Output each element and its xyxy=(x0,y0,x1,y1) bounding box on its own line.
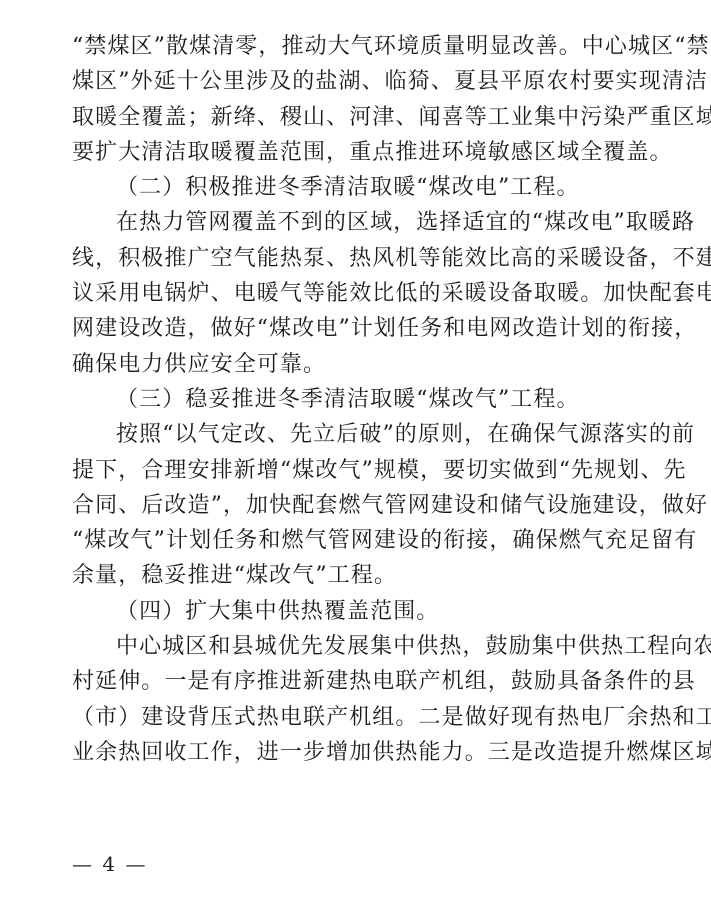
text-line: 余量，稳妥推进“煤改气”工程。 xyxy=(72,558,638,593)
text-line: “禁煤区”散煤清零，推动大气环境质量明显改善。中心城区“禁 xyxy=(72,29,638,64)
text-line: 线，积极推广空气能热泵、热风机等能效比高的采暖设备，不建 xyxy=(72,241,638,276)
text-line: 要扩大清洁取暖覆盖范围，重点推进环境敏感区域全覆盖。 xyxy=(72,135,638,170)
text-line: 煤区”外延十公里涉及的盐湖、临猗、夏县平原农村要实现清洁 xyxy=(72,64,638,99)
section-heading-4: （四）扩大集中供热覆盖范围。 xyxy=(72,594,638,629)
text-line: 提下，合理安排新增“煤改气”规模，要切实做到“先规划、先 xyxy=(72,453,638,488)
body-text: “禁煤区”散煤清零，推动大气环境质量明显改善。中心城区“禁 煤区”外延十公里涉及… xyxy=(72,29,638,770)
text-line: 确保电力供应安全可靠。 xyxy=(72,347,638,382)
paragraph-start: 中心城区和县城优先发展集中供热，鼓励集中供热工程向农 xyxy=(72,629,638,664)
text-line: （市）建设背压式热电联产机组。二是做好现有热电厂余热和工 xyxy=(72,700,638,735)
text-line: 村延伸。一是有序推进新建热电联产机组，鼓励具备条件的县 xyxy=(72,664,638,699)
paragraph-start: 在热力管网覆盖不到的区域，选择适宜的“煤改电”取暖路 xyxy=(72,205,638,240)
text-line: 业余热回收工作，进一步增加供热能力。三是改造提升燃煤区域 xyxy=(72,735,638,770)
page-number: — 4 — xyxy=(72,852,147,876)
text-line: 网建设改造，做好“煤改电”计划任务和电网改造计划的衔接， xyxy=(72,311,638,346)
document-page: “禁煤区”散煤清零，推动大气环境质量明显改善。中心城区“禁 煤区”外延十公里涉及… xyxy=(0,0,711,903)
text-line: “煤改气”计划任务和燃气管网建设的衔接，确保燃气充足留有 xyxy=(72,523,638,558)
text-line: 合同、后改造”，加快配套燃气管网建设和储气设施建设，做好 xyxy=(72,488,638,523)
section-heading-2: （二）积极推进冬季清洁取暖“煤改电”工程。 xyxy=(72,170,638,205)
text-line: 取暖全覆盖；新绛、稷山、河津、闻喜等工业集中污染严重区域 xyxy=(72,100,638,135)
section-heading-3: （三）稳妥推进冬季清洁取暖“煤改气”工程。 xyxy=(72,382,638,417)
text-line: 议采用电锅炉、电暖气等能效比低的采暖设备取暖。加快配套电 xyxy=(72,276,638,311)
paragraph-start: 按照“以气定改、先立后破”的原则，在确保气源落实的前 xyxy=(72,417,638,452)
